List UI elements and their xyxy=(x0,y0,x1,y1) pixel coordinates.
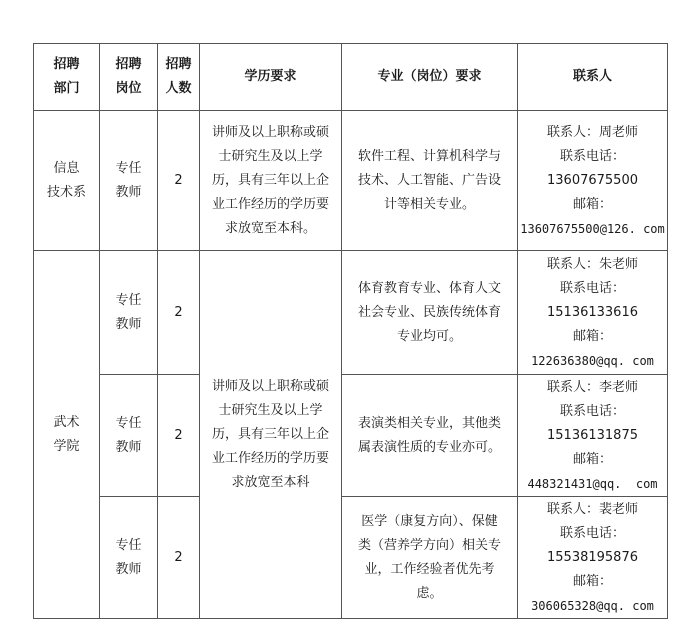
position-text: 教师 xyxy=(100,181,157,205)
department-text: 技术系 xyxy=(34,181,99,205)
education-text: 业工作经历的学历要 xyxy=(200,447,341,471)
major-cell: 表演类相关专业，其他类 属表演性质的专业亦可。 xyxy=(342,375,518,497)
email-label: 邮箱： xyxy=(518,193,667,217)
department-cell: 信息 技术系 xyxy=(34,111,100,251)
header-text: 学历要求 xyxy=(200,65,341,89)
education-text: 士研究生及以上学 xyxy=(200,145,341,169)
count-text: 2 xyxy=(174,305,182,320)
header-major: 专业（岗位）要求 xyxy=(342,44,518,111)
count-text: 2 xyxy=(174,550,182,565)
major-cell: 医学（康复方向）、保健 类（营养学方向）相关专 业，工作经验者优先考 虑。 xyxy=(342,497,518,619)
header-text: 岗位 xyxy=(100,77,157,101)
major-text: 虑。 xyxy=(342,582,517,606)
education-text: 历，具有三年以上企 xyxy=(200,423,341,447)
education-text: 业工作经历的学历要 xyxy=(200,193,341,217)
email-label: 邮箱： xyxy=(518,325,667,349)
major-text: 业，工作经验者优先考 xyxy=(342,558,517,582)
header-text: 人数 xyxy=(158,77,199,101)
contact-cell: 联系人：朱老师 联系电话： 15136133616 邮箱： 122636380@… xyxy=(518,251,668,375)
education-text: 讲师及以上职称或硕 xyxy=(200,375,341,399)
table-row: 武术 学院 专任 教师 2 讲师及以上职称或硕 士研究生及以上学 历，具有三年以… xyxy=(34,251,668,375)
contact-person: 联系人：周老师 xyxy=(518,121,667,145)
header-contact: 联系人 xyxy=(518,44,668,111)
department-text: 武术 xyxy=(34,411,99,435)
header-position: 招聘 岗位 xyxy=(100,44,158,111)
education-cell: 讲师及以上职称或硕 士研究生及以上学 历，具有三年以上企 业工作经历的学历要 求… xyxy=(200,111,342,251)
major-text: 体育教育专业、体育人文 xyxy=(342,277,517,301)
position-text: 专任 xyxy=(100,289,157,313)
position-text: 专任 xyxy=(100,157,157,181)
contact-person: 联系人：裴老师 xyxy=(518,498,667,522)
major-text: 表演类相关专业，其他类 xyxy=(342,412,517,436)
table-row: 信息 技术系 专任 教师 2 讲师及以上职称或硕 士研究生及以上学 历，具有三年… xyxy=(34,111,668,251)
phone-label: 联系电话： xyxy=(518,522,667,546)
count-cell: 2 xyxy=(158,251,200,375)
contact-cell: 联系人：周老师 联系电话： 13607675500 邮箱： 1360767550… xyxy=(518,111,668,251)
phone-number: 15136131875 xyxy=(518,424,667,448)
phone-number: 13607675500 xyxy=(518,169,667,193)
table-row: 专任 教师 2 医学（康复方向）、保健 类（营养学方向）相关专 业，工作经验者优… xyxy=(34,497,668,619)
header-department: 招聘 部门 xyxy=(34,44,100,111)
major-text: 技术、人工智能、广告设 xyxy=(342,169,517,193)
header-education: 学历要求 xyxy=(200,44,342,111)
position-cell: 专任 教师 xyxy=(100,111,158,251)
count-cell: 2 xyxy=(158,375,200,497)
education-cell: 讲师及以上职称或硕 士研究生及以上学 历，具有三年以上企 业工作经历的学历要 求… xyxy=(200,251,342,619)
phone-number: 15136133616 xyxy=(518,301,667,325)
email-label: 邮箱： xyxy=(518,448,667,472)
phone-label: 联系电话： xyxy=(518,400,667,424)
education-text: 求放宽至本科。 xyxy=(200,217,341,241)
education-text: 求放宽至本科 xyxy=(200,471,341,495)
header-row: 招聘 部门 招聘 岗位 招聘 人数 学历要求 专业（岗位）要求 联系人 xyxy=(34,44,668,111)
position-cell: 专任 教师 xyxy=(100,375,158,497)
email-address: 13607675500@126. com xyxy=(518,217,667,241)
header-text: 招聘 xyxy=(158,53,199,77)
major-text: 专业均可。 xyxy=(342,325,517,349)
phone-label: 联系电话： xyxy=(518,145,667,169)
position-text: 教师 xyxy=(100,436,157,460)
header-text: 部门 xyxy=(34,77,99,101)
position-text: 专任 xyxy=(100,534,157,558)
major-text: 计等相关专业。 xyxy=(342,193,517,217)
email-address: 122636380@qq. com xyxy=(518,349,667,373)
major-cell: 软件工程、计算机科学与 技术、人工智能、广告设 计等相关专业。 xyxy=(342,111,518,251)
phone-number: 15538195876 xyxy=(518,546,667,570)
contact-person: 联系人：李老师 xyxy=(518,376,667,400)
recruitment-table: 招聘 部门 招聘 岗位 招聘 人数 学历要求 专业（岗位）要求 联系人 xyxy=(33,43,668,619)
count-cell: 2 xyxy=(158,497,200,619)
major-text: 软件工程、计算机科学与 xyxy=(342,145,517,169)
header-text: 联系人 xyxy=(518,65,667,89)
count-cell: 2 xyxy=(158,111,200,251)
position-cell: 专任 教师 xyxy=(100,497,158,619)
contact-cell: 联系人：李老师 联系电话： 15136131875 邮箱： 448321431@… xyxy=(518,375,668,497)
education-text: 历，具有三年以上企 xyxy=(200,169,341,193)
major-text: 属表演性质的专业亦可。 xyxy=(342,436,517,460)
header-text: 专业（岗位）要求 xyxy=(342,65,517,89)
major-text: 类（营养学方向）相关专 xyxy=(342,534,517,558)
count-text: 2 xyxy=(174,428,182,443)
email-label: 邮箱： xyxy=(518,570,667,594)
education-text: 讲师及以上职称或硕 xyxy=(200,121,341,145)
department-cell: 武术 学院 xyxy=(34,251,100,619)
phone-label: 联系电话： xyxy=(518,277,667,301)
header-text: 招聘 xyxy=(34,53,99,77)
major-text: 医学（康复方向）、保健 xyxy=(342,510,517,534)
position-text: 专任 xyxy=(100,412,157,436)
contact-person: 联系人：朱老师 xyxy=(518,253,667,277)
position-text: 教师 xyxy=(100,313,157,337)
header-text: 招聘 xyxy=(100,53,157,77)
major-cell: 体育教育专业、体育人文 社会专业、民族传统体育 专业均可。 xyxy=(342,251,518,375)
position-cell: 专任 教师 xyxy=(100,251,158,375)
count-text: 2 xyxy=(174,173,182,188)
position-text: 教师 xyxy=(100,558,157,582)
education-text: 士研究生及以上学 xyxy=(200,399,341,423)
contact-cell: 联系人：裴老师 联系电话： 15538195876 邮箱： 306065328@… xyxy=(518,497,668,619)
email-address: 448321431@qq. com xyxy=(518,472,667,496)
header-count: 招聘 人数 xyxy=(158,44,200,111)
table-row: 专任 教师 2 表演类相关专业，其他类 属表演性质的专业亦可。 联系人：李老师 … xyxy=(34,375,668,497)
department-text: 学院 xyxy=(34,435,99,459)
email-address: 306065328@qq. com xyxy=(518,594,667,618)
major-text: 社会专业、民族传统体育 xyxy=(342,301,517,325)
department-text: 信息 xyxy=(34,157,99,181)
